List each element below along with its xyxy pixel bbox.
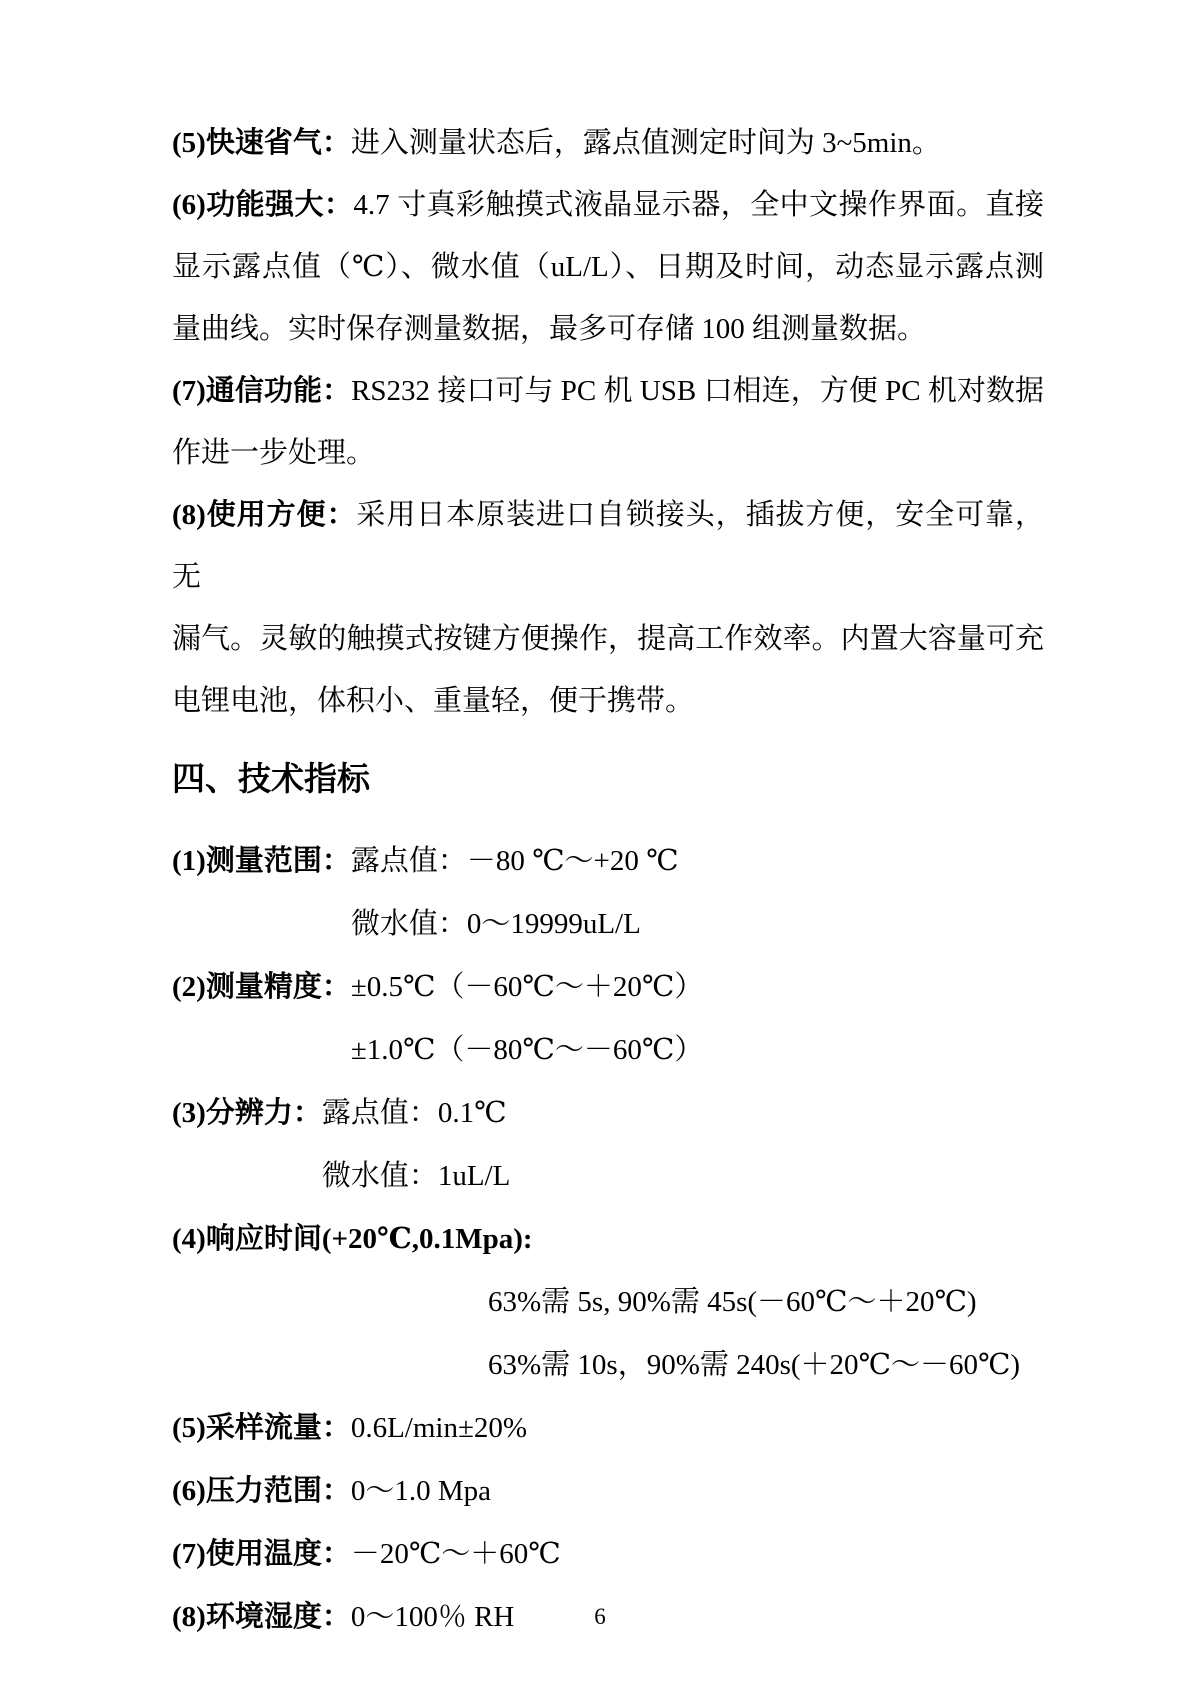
spec-values: －20℃～＋60℃ bbox=[351, 1523, 561, 1586]
spec-label: (5)采样流量： bbox=[172, 1397, 351, 1460]
spec-values: 露点值：0.1℃ 微水值：1uL/L bbox=[322, 1082, 511, 1208]
spec-row-5: (5)采样流量： 0.6L/min±20% bbox=[172, 1397, 1044, 1460]
feature-label: (5)快速省气： bbox=[172, 127, 351, 159]
feature-text: 进入测量状态后，露点值测定时间为 3~5min。 bbox=[351, 127, 941, 159]
spec-values: ±0.5℃（－60℃～＋20℃） ±1.0℃（－80℃～－60℃） bbox=[351, 956, 704, 1082]
spec-values: 0.6L/min±20% bbox=[351, 1397, 527, 1460]
spec-indented-value: 63%需 10s，90%需 240s(＋20℃～－60℃) bbox=[488, 1334, 1044, 1397]
spec-values: 露点值：－80 ℃～+20 ℃ 微水值：0～19999uL/L bbox=[351, 830, 679, 956]
document-page: (5)快速省气：进入测量状态后，露点值测定时间为 3~5min。 (6)功能强大… bbox=[0, 0, 1200, 1697]
feature-line: 漏气。灵敏的触摸式按键方便操作，提高工作效率。内置大容量可充 bbox=[172, 608, 1044, 670]
spec-label: (7)使用温度： bbox=[172, 1523, 351, 1586]
spec-label: (1)测量范围： bbox=[172, 830, 351, 893]
feature-line: (8)使用方便：采用日本原装进口自锁接头，插拔方便，安全可靠，无 bbox=[172, 484, 1044, 608]
spec-row-7: (7)使用温度： －20℃～＋60℃ bbox=[172, 1523, 1044, 1586]
spec-row-4: (4)响应时间(+20℃,0.1Mpa): bbox=[172, 1208, 1044, 1271]
spec-value: ±0.5℃（－60℃～＋20℃） bbox=[351, 956, 704, 1019]
feature-text: RS232 接口可与 PC 机 USB 口相连，方便 PC 机对数据 bbox=[351, 375, 1044, 407]
spec-value: 0～1.0 Mpa bbox=[351, 1460, 491, 1523]
spec-label: (4)响应时间(+20℃,0.1Mpa): bbox=[172, 1208, 533, 1271]
page-content: (5)快速省气：进入测量状态后，露点值测定时间为 3~5min。 (6)功能强大… bbox=[172, 112, 1044, 1649]
feature-paragraph-6: (6)功能强大：4.7 寸真彩触摸式液晶显示器，全中文操作界面。直接 显示露点值… bbox=[172, 174, 1044, 360]
spec-label: (2)测量精度： bbox=[172, 956, 351, 1019]
spec-value: －20℃～＋60℃ bbox=[351, 1523, 561, 1586]
feature-line: (7)通信功能：RS232 接口可与 PC 机 USB 口相连，方便 PC 机对… bbox=[172, 360, 1044, 422]
feature-paragraph-5: (5)快速省气：进入测量状态后，露点值测定时间为 3~5min。 bbox=[172, 112, 1044, 174]
feature-line: (6)功能强大：4.7 寸真彩触摸式液晶显示器，全中文操作界面。直接 bbox=[172, 174, 1044, 236]
spec-row-1: (1)测量范围： 露点值：－80 ℃～+20 ℃ 微水值：0～19999uL/L bbox=[172, 830, 1044, 956]
spec-value: 露点值：－80 ℃～+20 ℃ bbox=[351, 830, 679, 893]
feature-line: 作进一步处理。 bbox=[172, 422, 1044, 484]
spec-value: 微水值：1uL/L bbox=[322, 1145, 511, 1208]
spec-indented-value: 63%需 5s, 90%需 45s(－60℃～＋20℃) bbox=[488, 1271, 1044, 1334]
spec-value: ±1.0℃（－80℃～－60℃） bbox=[351, 1019, 704, 1082]
section-heading: 四、技术指标 bbox=[172, 749, 1044, 811]
feature-label: (6)功能强大： bbox=[172, 189, 353, 221]
spec-row-2: (2)测量精度： ±0.5℃（－60℃～＋20℃） ±1.0℃（－80℃～－60… bbox=[172, 956, 1044, 1082]
page-number: 6 bbox=[0, 1602, 1200, 1632]
spec-row-3: (3)分辨力： 露点值：0.1℃ 微水值：1uL/L bbox=[172, 1082, 1044, 1208]
spec-label: (6)压力范围： bbox=[172, 1460, 351, 1523]
spec-values: 0～1.0 Mpa bbox=[351, 1460, 491, 1523]
spec-value: 露点值：0.1℃ bbox=[322, 1082, 511, 1145]
feature-line: 量曲线。实时保存测量数据，最多可存储 100 组测量数据。 bbox=[172, 298, 1044, 360]
feature-paragraph-8: (8)使用方便：采用日本原装进口自锁接头，插拔方便，安全可靠，无 漏气。灵敏的触… bbox=[172, 484, 1044, 732]
spec-value: 0.6L/min±20% bbox=[351, 1397, 527, 1460]
feature-line: 电锂电池，体积小、重量轻，便于携带。 bbox=[172, 670, 1044, 732]
spec-value: 微水值：0～19999uL/L bbox=[351, 893, 679, 956]
feature-label: (8)使用方便： bbox=[172, 499, 356, 531]
feature-line: (5)快速省气：进入测量状态后，露点值测定时间为 3~5min。 bbox=[172, 112, 1044, 174]
spec-row-6: (6)压力范围： 0～1.0 Mpa bbox=[172, 1460, 1044, 1523]
feature-text: 4.7 寸真彩触摸式液晶显示器，全中文操作界面。直接 bbox=[353, 189, 1044, 221]
feature-paragraph-7: (7)通信功能：RS232 接口可与 PC 机 USB 口相连，方便 PC 机对… bbox=[172, 360, 1044, 484]
feature-label: (7)通信功能： bbox=[172, 375, 351, 407]
feature-line: 显示露点值（℃）、微水值（uL/L）、日期及时间，动态显示露点测 bbox=[172, 236, 1044, 298]
spec-label: (3)分辨力： bbox=[172, 1082, 322, 1145]
